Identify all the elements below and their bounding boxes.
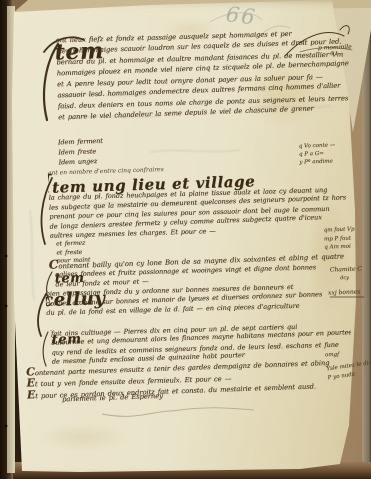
margin-note-line: 6 1 — [318, 50, 352, 57]
margin-note-mn5: xxj bonnes — [328, 288, 361, 296]
margin-annotations: p mommile6 1q Vo conte —q P a G=y Pº and… — [0, 0, 371, 479]
margin-note-line: omgf — [325, 352, 339, 358]
margin-note-mn4: Chamite Cdcy — [330, 265, 363, 282]
margin-note-mn3: qm fout Vpmp P foutq Am moi — [324, 225, 356, 252]
margin-note-line: y Pº andime — [299, 157, 336, 166]
margin-note-mn6: omgf — [325, 352, 339, 358]
margin-note-mn1: p mommile6 1 — [318, 43, 352, 57]
margin-note-line: q Am moi — [324, 242, 355, 252]
margin-note-line: xxj bonnes — [328, 288, 361, 296]
margin-note-mn2: q Vo conte —q P a G=y Pº andime — [299, 141, 336, 166]
margin-note-mn7: Ysle mitez le direP yo nudz — [326, 359, 371, 384]
margin-note-line: dcy — [330, 273, 362, 282]
manuscript-photo: 66 Itemont lieux fiefz et fondz et passa… — [0, 0, 371, 479]
